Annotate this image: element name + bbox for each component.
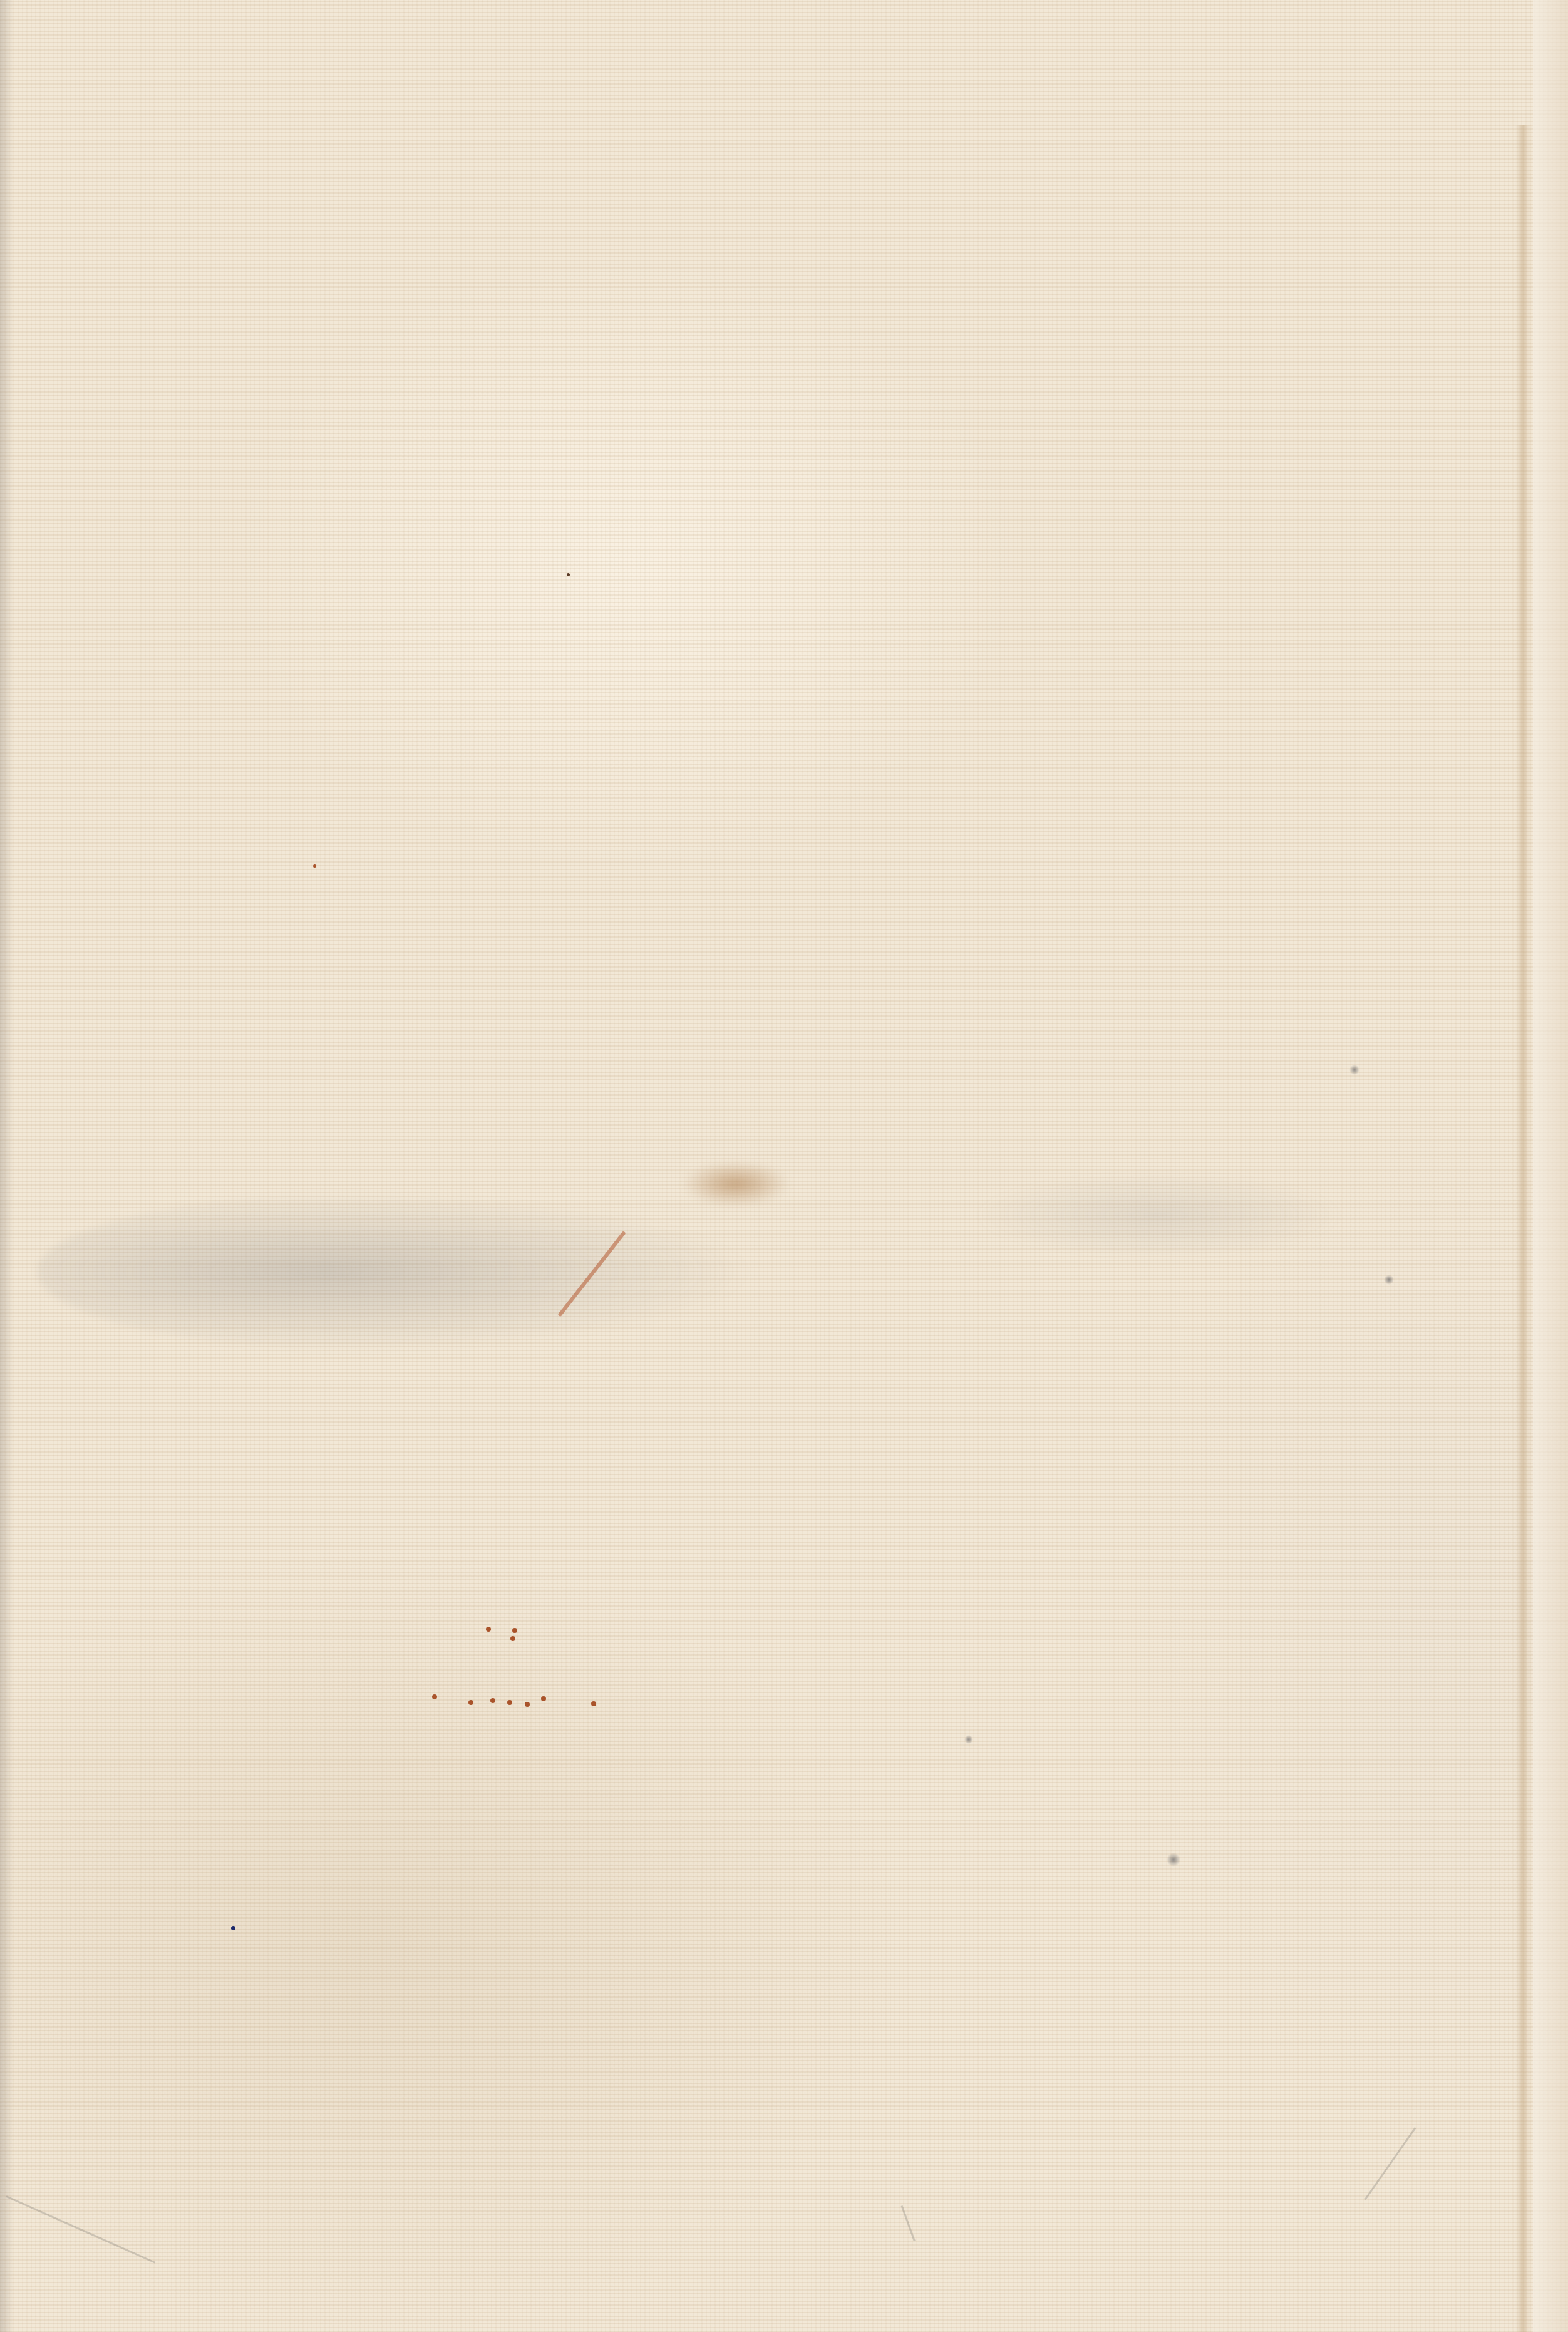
left-board-edge: [0, 0, 14, 2332]
rust-speck: [525, 1702, 530, 1707]
rust-speck: [512, 1628, 517, 1633]
gray-spot: [1167, 1853, 1180, 1867]
rust-speck: [486, 1627, 491, 1632]
rust-speck: [541, 1696, 546, 1701]
rust-speck: [591, 1701, 596, 1706]
crease-line: [901, 2205, 916, 2241]
ink-dot: [231, 1926, 235, 1930]
gray-smudge-band: [38, 1190, 758, 1353]
gray-smudge-right: [971, 1171, 1346, 1259]
crease-line: [6, 2195, 155, 2263]
rust-speck: [468, 1700, 473, 1705]
gray-spot: [964, 1735, 973, 1744]
gray-spot: [1384, 1275, 1394, 1285]
rust-speck: [507, 1700, 512, 1705]
rust-speck: [313, 864, 316, 868]
dark-speck: [567, 573, 570, 576]
rust-speck: [432, 1694, 437, 1699]
rust-speck: [490, 1698, 495, 1703]
crease-line: [1364, 2127, 1416, 2200]
hinge-groove: [1515, 125, 1533, 2332]
brown-stain: [683, 1162, 789, 1206]
spine-edge: [1533, 0, 1568, 2332]
gray-spot: [1349, 1065, 1359, 1075]
book-back-cover: [0, 0, 1568, 2332]
rust-speck: [510, 1636, 515, 1641]
